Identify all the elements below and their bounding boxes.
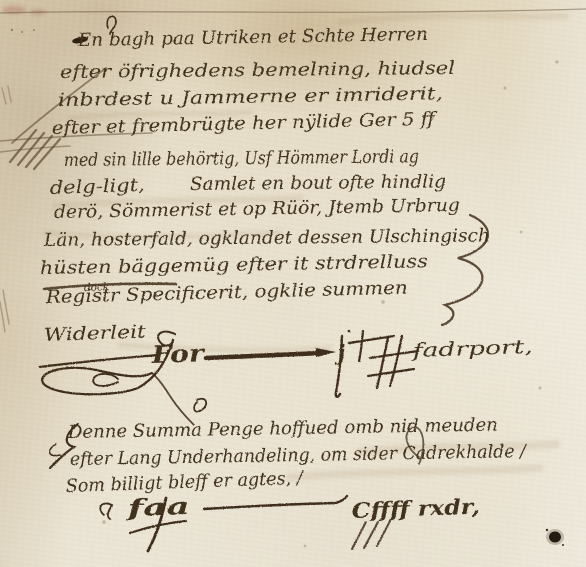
- freckle: [539, 387, 542, 390]
- sum-line: For j fadrport,: [40, 330, 533, 425]
- f-descender: [377, 521, 390, 546]
- f-descender: [364, 522, 378, 548]
- closing-sum-amount: Cffff rxdr,: [351, 494, 480, 523]
- body-line: Widerleit: [43, 321, 147, 346]
- manuscript-page: En bagh paa Utriken et Schte Herren efte…: [0, 0, 586, 567]
- amount-symbol-stroke: [359, 331, 363, 361]
- freckle: [33, 29, 35, 31]
- f-descender: [352, 522, 366, 549]
- interline-note: dock: [84, 281, 110, 294]
- ink-speck: [546, 529, 548, 531]
- j-dot: [348, 330, 351, 333]
- closing-line: efter Lang Underhandeling, om sider Cadr…: [70, 441, 528, 470]
- flourish-curl-2: [194, 399, 206, 412]
- freckle: [381, 300, 385, 304]
- manuscript-layer: En bagh paa Utriken et Schte Herren efte…: [0, 0, 586, 567]
- body-line: En bagh paa Utriken et Schte Herren: [77, 24, 428, 51]
- ink-blot: [546, 529, 564, 546]
- freckle: [304, 545, 307, 548]
- body-line: med sin lille behörtig, Usf Hömmer Lordi…: [64, 146, 419, 171]
- tally-baseline: [0, 146, 70, 152]
- body-line: Samlet en bout ofte hindlig: [190, 171, 446, 195]
- flourish-lead-stroke: [40, 355, 158, 367]
- body-line: derö, Sömmerist et op Rüör, Jtemb Urbrug: [54, 195, 460, 223]
- closing-dash-stroke: [204, 496, 347, 509]
- margin-mark: [0, 302, 5, 332]
- ink-blot-core: [549, 532, 561, 543]
- closing-sum-word: faa: [124, 493, 190, 522]
- sum-word: For: [150, 338, 207, 369]
- freckle: [504, 87, 507, 90]
- body-line: delg-ligt,: [49, 175, 145, 199]
- amount-symbol-stroke: [390, 336, 402, 386]
- sum-amount: fadrport,: [410, 336, 533, 362]
- flourish-inner-curl: [93, 374, 118, 386]
- freckle: [555, 60, 558, 63]
- sum-dash-stroke: [206, 353, 322, 358]
- freckle: [102, 520, 106, 524]
- amount-symbol-cross: [368, 369, 414, 376]
- freckle: [520, 231, 523, 234]
- bleed-stroke: [290, 468, 540, 477]
- body-line: inbrdest u Jammerne er imriderit,: [58, 83, 443, 111]
- body-line: hüsten bäggemüg efter it strdrelluss: [40, 251, 428, 279]
- margin-mark: [8, 86, 11, 102]
- body-line: efter öfrighedens bemelning, hiudsel: [60, 58, 455, 83]
- freckle: [11, 29, 13, 31]
- closing-line: Denne Summa Penge hoffued omb nid meuden: [67, 414, 498, 443]
- margin-mark: [2, 88, 6, 104]
- crease-line: [0, 9, 586, 13]
- freckle: [21, 31, 23, 33]
- flourish-lead-curl: [100, 503, 112, 519]
- capital-curl: [50, 444, 60, 456]
- closing-sum-line: faa Cffff rxdr,: [100, 493, 480, 551]
- amount-symbol-cross: [370, 351, 418, 358]
- ink-speck: [562, 544, 564, 546]
- flourish-tail: [152, 373, 194, 425]
- amount-symbol-stroke: [377, 338, 388, 388]
- margin-mark: [3, 290, 9, 324]
- body-line: Län, hosterfald, ogklandet dessen Ulschi…: [43, 225, 490, 251]
- bleed-stroke: [340, 16, 566, 22]
